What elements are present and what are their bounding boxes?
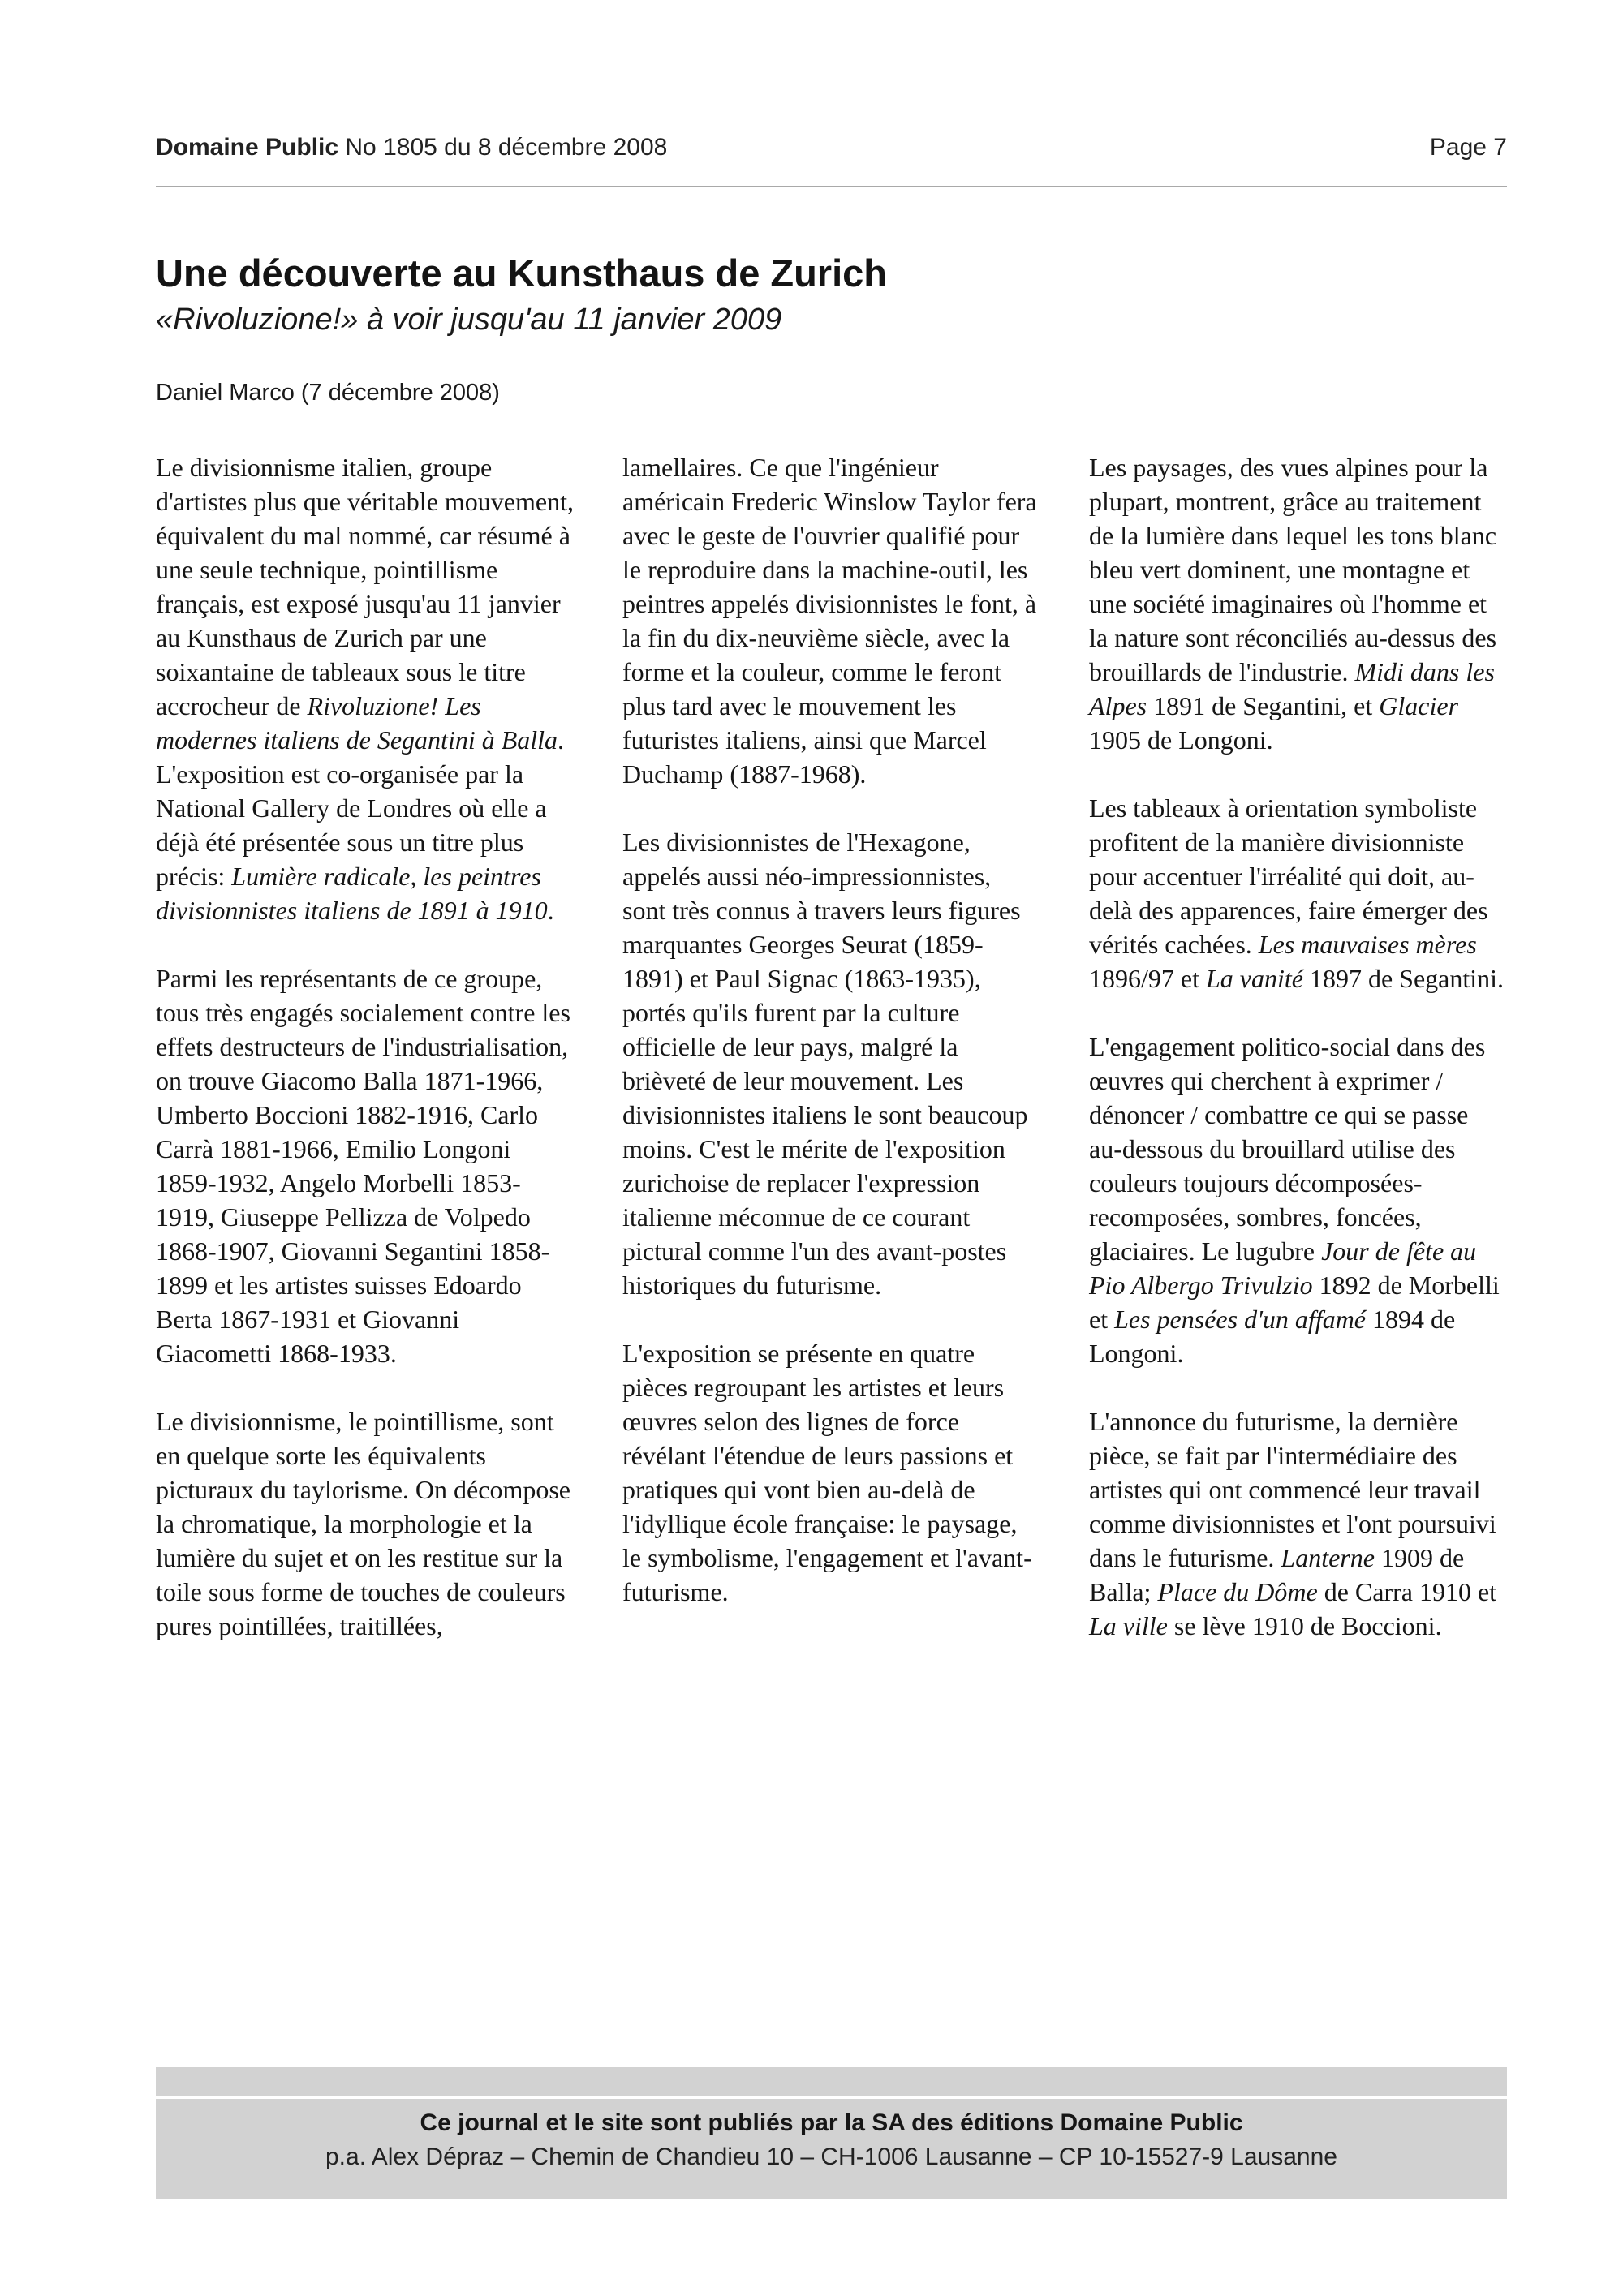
paragraph: lamellaires. Ce que l'ingénieur américai… bbox=[622, 450, 1040, 791]
body-column-2: lamellaires. Ce que l'ingénieur américai… bbox=[622, 450, 1040, 1643]
article-title: Une découverte au Kunsthaus de Zurich bbox=[156, 252, 1507, 295]
footer-address-line: p.a. Alex Dépraz – Chemin de Chandieu 10… bbox=[156, 2140, 1507, 2174]
footer-main-strip: Ce journal et le site sont publiés par l… bbox=[156, 2099, 1507, 2199]
footer-top-strip bbox=[156, 2067, 1507, 2096]
paragraph: Le divisionnisme italien, groupe d'artis… bbox=[156, 450, 574, 927]
masthead: Domaine Public No 1805 du 8 décembre 200… bbox=[156, 134, 667, 161]
paragraph: Les divisionnistes de l'Hexagone, appelé… bbox=[622, 825, 1040, 1302]
article-subtitle: «Rivoluzione!» à voir jusqu'au 11 janvie… bbox=[156, 303, 1507, 338]
article-byline: Daniel Marco (7 décembre 2008) bbox=[156, 380, 1507, 406]
paragraph: Les paysages, des vues alpines pour la p… bbox=[1089, 450, 1507, 757]
paragraph: L'exposition se présente en quatre pièce… bbox=[622, 1336, 1040, 1609]
page-header: Domaine Public No 1805 du 8 décembre 200… bbox=[156, 134, 1507, 161]
footer-box: Ce journal et le site sont publiés par l… bbox=[156, 2067, 1507, 2199]
article-body: Le divisionnisme italien, groupe d'artis… bbox=[156, 450, 1507, 1643]
footer-publisher-line: Ce journal et le site sont publiés par l… bbox=[156, 2106, 1507, 2140]
body-column-3: Les paysages, des vues alpines pour la p… bbox=[1089, 450, 1507, 1643]
paragraph: Les tableaux à orientation symboliste pr… bbox=[1089, 791, 1507, 995]
body-column-1: Le divisionnisme italien, groupe d'artis… bbox=[156, 450, 574, 1643]
paragraph: L'engagement politico-social dans des œu… bbox=[1089, 1030, 1507, 1370]
journal-brand: Domaine Public bbox=[156, 134, 338, 161]
paragraph: Parmi les représentants de ce groupe, to… bbox=[156, 961, 574, 1370]
page-number: Page 7 bbox=[1430, 134, 1507, 161]
paragraph: Le divisionnisme, le pointillisme, sont … bbox=[156, 1404, 574, 1643]
issue-info: No 1805 du 8 décembre 2008 bbox=[345, 134, 667, 161]
page-content: Domaine Public No 1805 du 8 décembre 200… bbox=[156, 0, 1507, 1643]
header-divider bbox=[156, 186, 1507, 187]
paragraph: L'annonce du futurisme, la dernière pièc… bbox=[1089, 1404, 1507, 1643]
